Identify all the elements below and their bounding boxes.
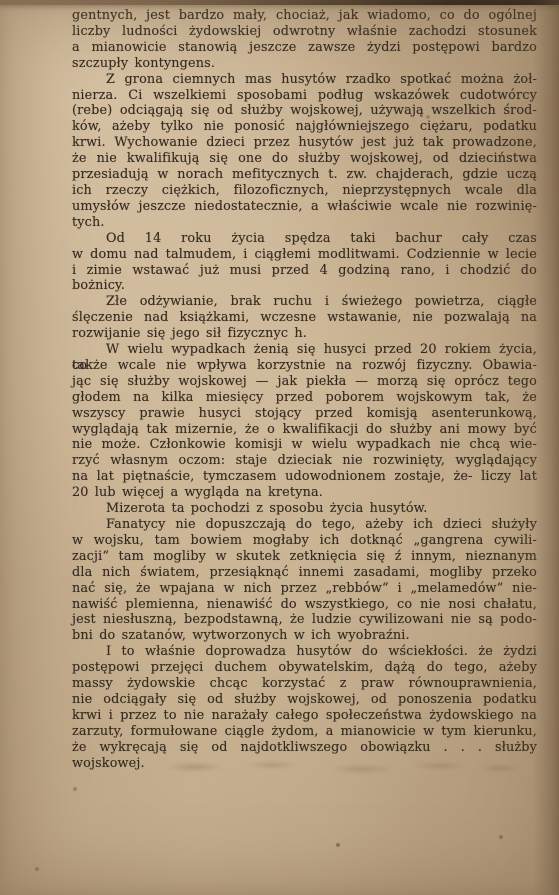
text-line: w wojsku, tam bowiem mogłaby ich dotknąć… [72, 533, 537, 549]
text-line: a mianowicie stanowią jeszcze zawsze żyd… [72, 40, 537, 56]
text-line: umysłów jeszcze niedostatecznie, a właśc… [72, 199, 537, 215]
text-line: bożnicy. [72, 278, 537, 294]
text-line: wszyscy prawie husyci stojący przed komi… [72, 406, 537, 422]
paper-specks [0, 0, 2, 2]
text-line: wojskowej. [72, 756, 537, 772]
text-line: bni do szatanów, wytworzonych w ich wyob… [72, 628, 537, 644]
text-line: W wielu wypadkach żenią się husyci przed… [72, 342, 537, 358]
text-line: tych. [72, 215, 537, 231]
text-line: dla nich światem, przesiąknąć innemi zas… [72, 565, 537, 581]
text-line: krwi. Wychowanie dzieci przez husytów je… [72, 135, 537, 151]
text-line: zarzuty, formułowane ciągle żydom, a mia… [72, 724, 537, 740]
text-line: jest niesłuszną, bezpodstawną, że ludzie… [72, 612, 537, 628]
text-line: głodem na kilka miesięcy przed poborem w… [72, 390, 537, 406]
text-line: Z grona ciemnych mas husytów rzadko spot… [72, 72, 537, 88]
text-line: że nie kwalifikują się one do służby woj… [72, 151, 537, 167]
text-line: na lat piętnaście, tymczasem udowodnione… [72, 469, 537, 485]
text-line: Mizerota ta pochodzi z sposobu życia hus… [72, 501, 537, 517]
text-line: liczby ludności żydowskiej odwrotny właś… [72, 24, 537, 40]
text-line: Fanatycy nie dopuszczają do tego, ażeby … [72, 517, 537, 533]
text-line: także wcale nie wpływa korzystnie na roz… [72, 358, 537, 374]
text-line: wyglądają tak mizernie, że o kwalifikacj… [72, 422, 537, 438]
text-line: i zimie wstawać już musi przed 4 godziną… [72, 263, 537, 279]
text-line: ślęczenie nad książkami, wczesne wstawan… [72, 310, 537, 326]
page-text: gentnych, jest bardzo mały, chociaż, jak… [72, 8, 537, 772]
text-line: nie odciągały się od służby wojskowej, o… [72, 692, 537, 708]
text-line: massy żydowskie chcąc korzystać z praw r… [72, 676, 537, 692]
scan-top-edge-artifact [0, 0, 559, 5]
text-line: (rebe) odciągają się od służby wojskowej… [72, 103, 537, 119]
text-line: szczupły kontyngens. [72, 56, 537, 72]
text-line: przesiadują w norach mefitycznych t. zw.… [72, 167, 537, 183]
text-line: 20 lub więcej a wygląda na kretyna. [72, 485, 537, 501]
text-line: krwi i przez to nie narażały całego społ… [72, 708, 537, 724]
text-line: nawiść plemienna, nienawiść do wszystkie… [72, 597, 537, 613]
scanned-page: gentnych, jest bardzo mały, chociaż, jak… [0, 0, 559, 895]
text-line: w domu nad talmudem, i ciągłemi modlitwa… [72, 247, 537, 263]
text-line: gentnych, jest bardzo mały, chociaż, jak… [72, 8, 537, 24]
text-line: rozwijanie się jego sił fizycznyc h. [72, 326, 537, 342]
text-line: postępowi przejęci duchem obywatelskim, … [72, 660, 537, 676]
text-line: nie może. Członkowie komisji w wielu wyp… [72, 437, 537, 453]
text-line: Od 14 roku życia spędza taki bachur cały… [72, 231, 537, 247]
text-line: I to właśnie doprowadza husytów do wście… [72, 644, 537, 660]
text-line: że wykręcają się od najdotkliwszego obow… [72, 740, 537, 756]
text-line: ków, ażeby tylko nie ponosić najgłówniej… [72, 119, 537, 135]
text-line: Złe odżywianie, brak ruchu i świeżego po… [72, 294, 537, 310]
text-line: zacji“ tam mogliby w skutek zetknięcia s… [72, 549, 537, 565]
text-line: nierza. Ci wszelkiemi sposobami podług w… [72, 88, 537, 104]
text-line: nać się, że wpajana w nich przez „rebbów… [72, 581, 537, 597]
text-line: rzyć własnym oczom: staje dzieciak nie r… [72, 453, 537, 469]
text-line: ich rzeczy ciężkich, filozoficznych, nie… [72, 183, 537, 199]
text-line: jąc się służby wojskowej — jak piekła — … [72, 374, 537, 390]
